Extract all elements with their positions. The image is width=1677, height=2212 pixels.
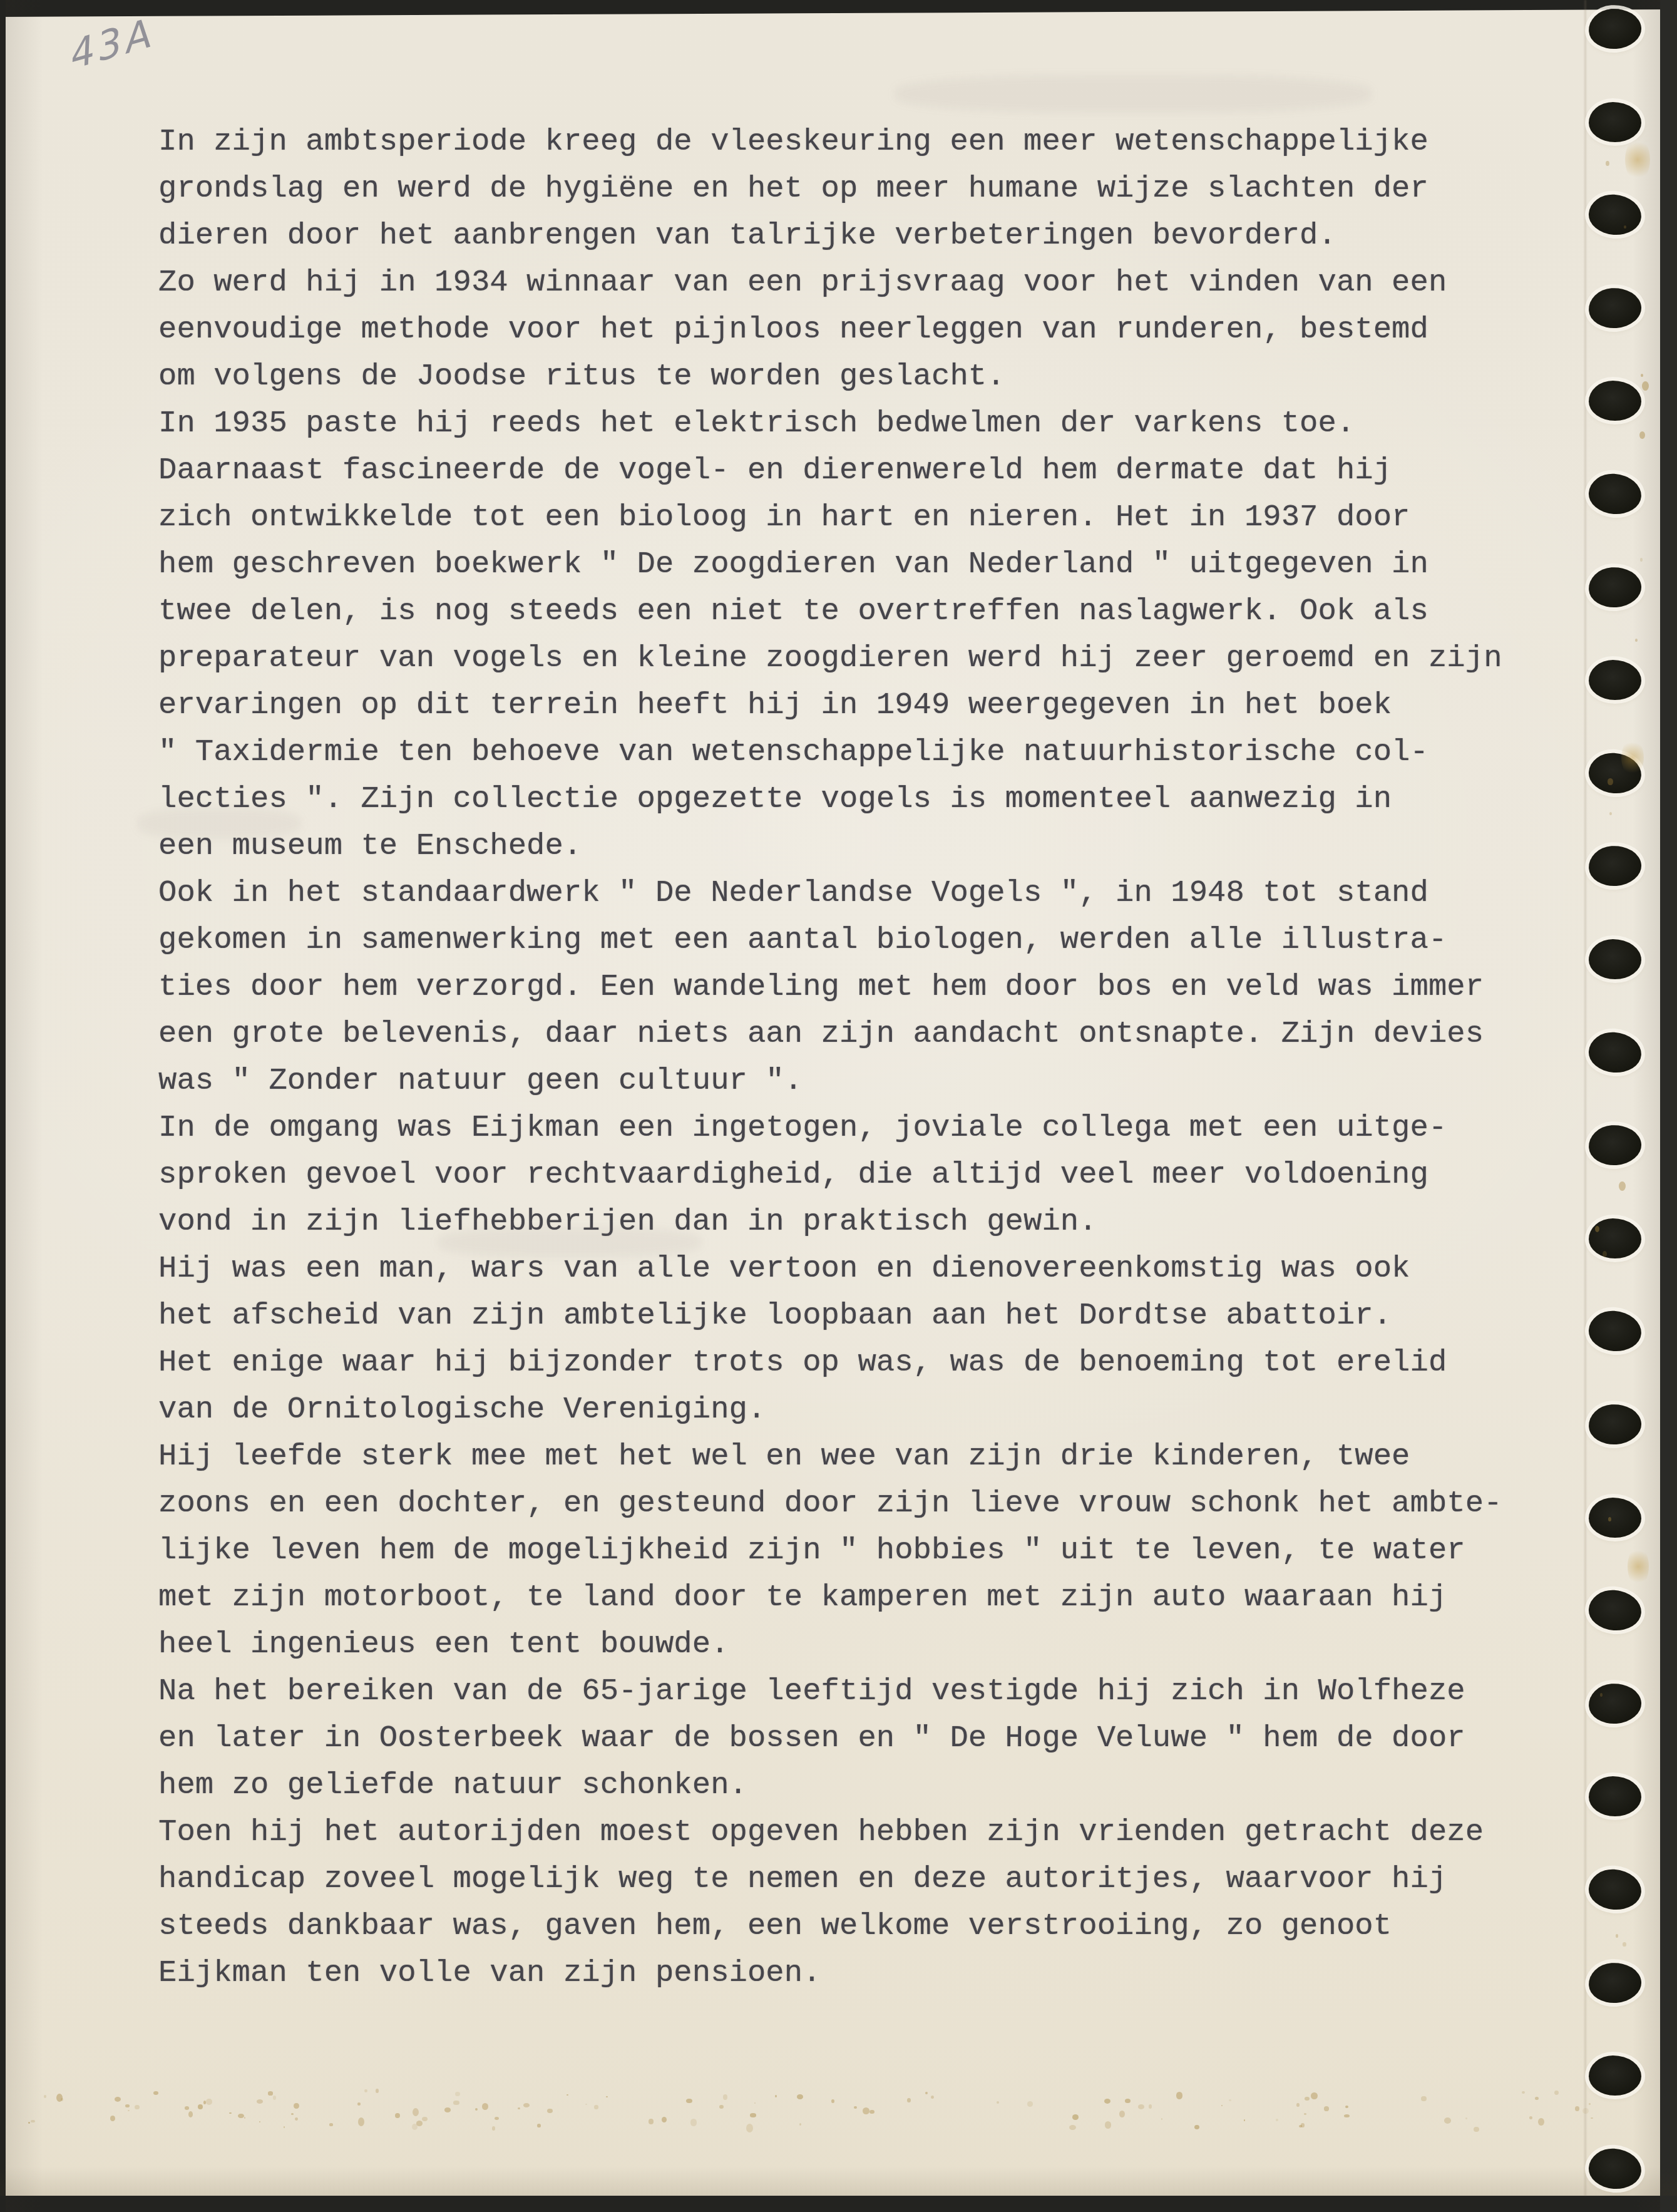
stain-speck xyxy=(259,2121,260,2122)
stain-speck xyxy=(110,2116,115,2121)
typewritten-line: sproken gevoel voor rechtvaardigheid, di… xyxy=(158,1151,1573,1198)
stain-speck xyxy=(135,2105,140,2109)
stain-speck xyxy=(1554,2091,1559,2095)
punch-hole xyxy=(1589,1776,1641,1816)
stain-speck xyxy=(128,2110,130,2111)
typewritten-line: was " Zonder natuur geen cultuur ". xyxy=(158,1057,1573,1104)
stain-speck xyxy=(115,2097,121,2102)
typewritten-line: Zo werd hij in 1934 winnaar van een prij… xyxy=(158,259,1573,306)
stain-speck xyxy=(413,2108,419,2116)
stain-speck xyxy=(358,2117,364,2126)
scan-border-top xyxy=(0,0,1677,19)
stain-speck xyxy=(1304,2113,1306,2115)
stain-speck xyxy=(1069,2125,1076,2130)
stain-speck xyxy=(799,2123,801,2125)
stain-speck xyxy=(492,2126,495,2131)
stain-speck xyxy=(606,2096,608,2097)
stain-speck xyxy=(1125,2099,1131,2103)
stain-speck xyxy=(329,2123,333,2126)
stain-speck xyxy=(455,2092,460,2096)
stain-speck xyxy=(294,2103,299,2109)
punch-hole xyxy=(1589,939,1641,979)
stain-speck xyxy=(229,2112,232,2114)
stain-speck xyxy=(268,2091,274,2095)
stain-speck xyxy=(495,2117,500,2120)
handwritten-page-annotation: 43A xyxy=(68,9,158,78)
stain-speck xyxy=(244,2117,246,2119)
stain-speck xyxy=(1608,778,1613,785)
typewritten-line: lecties ". Zijn collectie opgezette voge… xyxy=(158,776,1573,823)
stain-speck xyxy=(775,2095,777,2097)
stain-speck xyxy=(686,2099,692,2103)
typewritten-line: " Taxidermie ten behoeve van wetenschapp… xyxy=(158,729,1573,776)
stain-speck xyxy=(153,2091,158,2095)
stain-speck xyxy=(1538,2118,1544,2126)
typewritten-line: met zijn motorboot, te land door te kamp… xyxy=(158,1574,1573,1621)
stain-speck xyxy=(1176,2092,1183,2099)
typewritten-text-block: In zijn ambtsperiode kreeg de vleeskeuri… xyxy=(158,118,1573,1997)
stain-speck xyxy=(206,2099,212,2106)
typewritten-line: hem geschreven boekwerk " De zoogdieren … xyxy=(158,541,1573,588)
stain-speck xyxy=(198,2104,203,2109)
stain-speck xyxy=(1535,2097,1539,2100)
stain-speck xyxy=(997,2101,999,2104)
typewritten-line: In zijn ambtsperiode kreeg de vleeskeuri… xyxy=(158,118,1573,165)
stain-speck xyxy=(1311,2092,1317,2099)
stain-speck xyxy=(56,2094,63,2102)
ink-ghost-smudge xyxy=(438,1227,701,1257)
stain-speck xyxy=(907,2098,911,2103)
typewritten-line: dieren door het aanbrengen van talrijke … xyxy=(158,212,1573,259)
stain-speck xyxy=(364,2089,367,2092)
typewritten-line: vond in zijn liefhebberijen dan in prakt… xyxy=(158,1198,1573,1245)
stain-speck xyxy=(925,2092,928,2094)
scan-border-bottom xyxy=(0,2196,1677,2212)
typewritten-line: ervaringen op dit terrein heeft hij in 1… xyxy=(158,682,1573,729)
stain-speck xyxy=(594,2105,598,2109)
stain-speck xyxy=(662,2117,667,2122)
stain-speck xyxy=(797,2094,803,2100)
typewritten-line: zoons en een dochter, en gesteund door z… xyxy=(158,1480,1573,1527)
stain-speck xyxy=(203,2101,207,2104)
stain-speck xyxy=(1589,2103,1591,2105)
stain-speck xyxy=(1119,2111,1125,2117)
ink-ghost-smudge xyxy=(895,75,1371,113)
stain-speck xyxy=(719,2105,724,2109)
stain-speck xyxy=(1149,2104,1152,2109)
typewritten-line: grondslag en werd de hygiëne en het op m… xyxy=(158,165,1573,212)
stain-speck xyxy=(44,2095,46,2098)
typewritten-line: om volgens de Joodse ritus te worden ges… xyxy=(158,353,1573,400)
typewritten-line: handicap zoveel mogelijk weg te nemen en… xyxy=(158,1856,1573,1903)
typewritten-line: eenvoudige methode voor het pijnloos nee… xyxy=(158,306,1573,353)
stain-speck xyxy=(1603,1251,1607,1257)
stain-speck xyxy=(257,2099,263,2104)
stain-speck xyxy=(475,2108,478,2111)
stain-speck xyxy=(1582,2108,1588,2114)
stain-speck xyxy=(1606,161,1609,166)
stain-speck xyxy=(1221,2105,1223,2106)
stain-speck xyxy=(690,2119,697,2126)
stain-speck xyxy=(1161,2118,1163,2119)
typewritten-line: In 1935 paste hij reeds het elektrisch b… xyxy=(158,400,1573,447)
tape-stain xyxy=(1628,1546,1649,1587)
stain-speck xyxy=(395,2113,400,2118)
scanned-document-page: 43A In zijn ambtsperiode kreeg de vleesk… xyxy=(0,0,1677,2212)
stain-speck xyxy=(723,2094,727,2100)
paper-edge-shadow-bottom xyxy=(0,2166,1677,2196)
punch-hole xyxy=(1589,381,1641,421)
stain-speck xyxy=(1324,2106,1330,2111)
typewritten-line: steeds dankbaar was, gaven hem, een welk… xyxy=(158,1903,1573,1950)
stain-speck xyxy=(1229,2099,1231,2101)
stain-speck xyxy=(931,2096,934,2099)
stain-speck xyxy=(1623,1942,1626,1947)
stain-speck xyxy=(185,2106,189,2109)
stain-speck xyxy=(854,2106,857,2109)
typewritten-line: Ook in het standaardwerk " De Nederlands… xyxy=(158,870,1573,917)
typewritten-line: ties door hem verzorgd. Een wandeling me… xyxy=(158,964,1573,1011)
tape-stain xyxy=(1625,138,1650,182)
scan-border-right xyxy=(1660,0,1677,2212)
stain-speck xyxy=(1608,1517,1611,1521)
stain-speck xyxy=(291,2113,294,2116)
stain-speck xyxy=(1591,2117,1593,2119)
stain-speck xyxy=(412,2124,418,2130)
typewritten-line: preparateur van vogels en kleine zoogdie… xyxy=(158,635,1573,682)
stain-speck xyxy=(1522,2091,1525,2094)
stain-speck xyxy=(1575,2106,1579,2112)
typewritten-line: Na het bereiken van de 65-jarige leeftij… xyxy=(158,1668,1573,1715)
stain-speck xyxy=(1027,2101,1033,2107)
punch-hole xyxy=(1589,102,1641,142)
stain-speck xyxy=(1465,2117,1468,2119)
typewritten-line: een museum te Enschede. xyxy=(158,823,1573,870)
stain-speck xyxy=(28,2122,30,2124)
typewritten-line: twee delen, is nog steeds een niet te ov… xyxy=(158,588,1573,635)
stain-speck xyxy=(453,2101,459,2105)
stain-speck xyxy=(1609,812,1612,815)
stain-speck xyxy=(1529,2116,1532,2119)
stain-speck xyxy=(1474,2127,1479,2132)
stain-speck xyxy=(125,2104,130,2107)
paper-edge-shadow-left xyxy=(6,0,49,2212)
stain-speck xyxy=(863,2107,869,2114)
typewritten-line: heel ingenieus een tent bouwde. xyxy=(158,1621,1573,1668)
stain-speck xyxy=(1345,2106,1348,2108)
stain-speck xyxy=(1344,2114,1349,2117)
punch-hole xyxy=(1589,1218,1641,1258)
stain-speck xyxy=(831,2099,834,2103)
stain-speck xyxy=(1444,2117,1451,2124)
stain-speck xyxy=(1595,1226,1599,1232)
scan-border-left xyxy=(0,0,6,2212)
paper-crease-line xyxy=(1584,0,1586,2196)
stain-speck xyxy=(754,2102,756,2103)
stain-speck xyxy=(295,2117,298,2121)
stain-speck xyxy=(482,2103,488,2110)
stain-speck xyxy=(1104,2099,1110,2104)
typewritten-line: het afscheid van zijn ambtelijke loopbaa… xyxy=(158,1292,1573,1339)
punch-hole xyxy=(1589,2055,1641,2096)
stain-speck xyxy=(284,2126,285,2127)
stain-speck xyxy=(1296,2103,1299,2107)
stain-speck xyxy=(649,2119,654,2124)
stain-speck xyxy=(376,2089,379,2093)
typewritten-line: In de omgang was Eijkman een ingetogen, … xyxy=(158,1104,1573,1151)
typewritten-line: Hij leefde sterk mee met het wel en wee … xyxy=(158,1433,1573,1480)
stain-speck xyxy=(1276,2119,1278,2121)
stain-speck xyxy=(1635,639,1638,642)
stain-speck xyxy=(273,2096,276,2100)
stain-speck xyxy=(188,2111,193,2117)
stain-speck xyxy=(523,2103,530,2107)
stain-speck xyxy=(1305,2097,1309,2101)
punch-hole xyxy=(1589,660,1641,700)
typewritten-line: hem zo geliefde natuur schonken. xyxy=(158,1762,1573,1809)
typewritten-line: gekomen in samenwerking met een aantal b… xyxy=(158,917,1573,964)
typewritten-line: zich ontwikkelde tot een bioloog in hart… xyxy=(158,494,1573,541)
stain-speck xyxy=(518,2107,520,2109)
stain-speck xyxy=(1616,1934,1618,1938)
stain-speck xyxy=(357,2102,361,2106)
tape-stain xyxy=(1621,739,1644,776)
stain-speck xyxy=(1619,1181,1626,1191)
stain-speck xyxy=(1421,2096,1426,2102)
typewritten-line: een grote belevenis, daar niets aan zijn… xyxy=(158,1011,1573,1057)
punch-hole xyxy=(1589,1498,1641,1538)
typewritten-line: Hij was een man, wars van alle vertoon e… xyxy=(158,1245,1573,1292)
typewritten-line: Eijkman ten volle van zijn pensioen. xyxy=(158,1950,1573,1997)
stain-speck xyxy=(869,2110,874,2114)
stain-speck xyxy=(1105,2121,1112,2128)
stain-speck xyxy=(1194,2125,1199,2129)
stain-speck xyxy=(1244,2119,1245,2121)
stain-speck xyxy=(746,2124,753,2132)
stain-speck xyxy=(1138,2104,1144,2109)
typewritten-line: Toen hij het autorijden moest opgeven he… xyxy=(158,1809,1573,1856)
typewritten-line: van de Ornitologische Vereniging. xyxy=(158,1386,1573,1433)
typewritten-line: en later in Oosterbeek waar de bossen en… xyxy=(158,1715,1573,1762)
stain-speck xyxy=(422,2117,428,2121)
stain-speck xyxy=(547,2109,552,2113)
stain-speck xyxy=(585,2104,587,2105)
stain-speck xyxy=(567,2094,568,2096)
stain-speck xyxy=(1072,2114,1079,2120)
stain-speck xyxy=(238,2114,244,2118)
stain-speck xyxy=(750,2113,756,2117)
typewritten-line: lijke leven hem de mogelijkheid zijn " h… xyxy=(158,1527,1573,1574)
typewritten-line: Daarnaast fascineerde de vogel- en diere… xyxy=(158,447,1573,494)
ink-ghost-smudge xyxy=(138,808,300,839)
stain-speck xyxy=(537,2124,541,2127)
stain-speck xyxy=(444,2107,451,2112)
typewritten-line: Het enige waar hij bijzonder trots op wa… xyxy=(158,1339,1573,1386)
